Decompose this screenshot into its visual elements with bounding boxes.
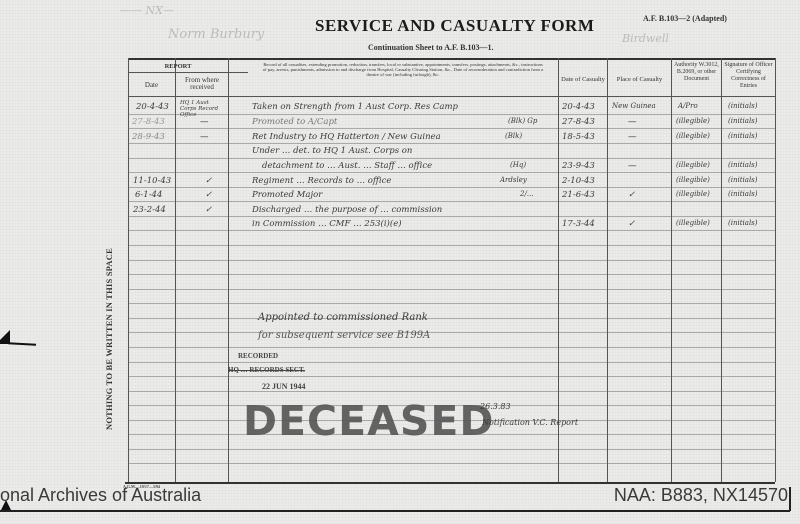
ruled-line bbox=[128, 274, 776, 275]
row-from: ✓ bbox=[205, 205, 212, 215]
header-authority: Authority W.3012, B.2069, or other Docum… bbox=[672, 62, 721, 83]
header-rule bbox=[128, 96, 776, 97]
ruled-line bbox=[128, 172, 776, 173]
row-place: — bbox=[628, 161, 637, 171]
header-signature: Signature of Officer Certifying Correctn… bbox=[722, 62, 775, 90]
archive-citation: NAA: B883, NX14570 bbox=[614, 485, 788, 506]
scanned-form-page: —— NX— Norm Burbury Birdwell SERVICE AND… bbox=[0, 0, 800, 524]
ruled-line bbox=[128, 463, 776, 464]
row-from: HQ 1 Aust Corps Record Office bbox=[180, 100, 226, 118]
form-code: A.F. B.103—2 (Adapted) bbox=[643, 14, 727, 23]
row-date-casualty: 20-4-43 bbox=[562, 102, 595, 112]
archive-name: onal Archives of Australia bbox=[0, 485, 201, 506]
row-place: — bbox=[628, 117, 637, 127]
row-signature: (initials) bbox=[728, 132, 758, 140]
row-authority: (illegible) bbox=[676, 176, 710, 184]
row-place: New Guinea bbox=[612, 102, 656, 110]
row-date-casualty: 23-9-43 bbox=[562, 161, 595, 171]
footer-edge bbox=[789, 487, 791, 511]
column-divider bbox=[721, 58, 722, 482]
row-date-casualty: 18-5-43 bbox=[562, 132, 595, 142]
report-header-rule bbox=[128, 72, 248, 73]
row-record: Discharged … the purpose of … commission bbox=[252, 205, 442, 215]
row-date-casualty: 2-10-43 bbox=[562, 176, 595, 186]
column-divider bbox=[671, 58, 672, 482]
row-from: — bbox=[200, 117, 209, 127]
row-from: ✓ bbox=[205, 190, 212, 200]
deceased-note: Notification V.C. Report bbox=[482, 418, 578, 427]
form-title: SERVICE AND CASUALTY FORM bbox=[315, 16, 594, 36]
row-record: Promoted to A/Capt bbox=[252, 117, 337, 127]
row-date: 11-10-43 bbox=[133, 176, 171, 186]
row-date: 27-8-43 bbox=[132, 117, 165, 127]
header-record: Record of all casualties, extending prom… bbox=[262, 62, 544, 78]
row-record: in Commission … CMF … 253(i)(e) bbox=[252, 219, 402, 229]
row-date: 23-2-44 bbox=[133, 205, 166, 215]
torn-edge bbox=[8, 342, 36, 345]
side-notice: NOTHING TO BE WRITTEN IN THIS SPACE bbox=[104, 248, 114, 430]
row-record: Ret Industry to HQ Hatterton / New Guine… bbox=[252, 132, 441, 142]
ruled-line bbox=[128, 187, 776, 188]
row-record: Regiment … Records to … office bbox=[252, 176, 391, 186]
ruled-line bbox=[128, 289, 776, 290]
deceased-stamp: DECEASED bbox=[243, 397, 494, 445]
row-authority: A/Pro bbox=[678, 102, 698, 110]
header-date-of-casualty: Date of Casualty bbox=[559, 76, 607, 83]
stamp-recorded: RECORDED bbox=[238, 352, 278, 360]
row-place: ✓ bbox=[628, 219, 635, 229]
ruled-line bbox=[128, 216, 776, 217]
column-divider bbox=[607, 58, 608, 482]
row-from: ✓ bbox=[205, 176, 212, 186]
note-appointed: Appointed to commissioned Rank bbox=[258, 312, 428, 323]
row-date: 20-4-43 bbox=[136, 102, 169, 112]
row-authority: (illegible) bbox=[676, 219, 710, 227]
handwritten-top-left: —— NX— bbox=[120, 4, 174, 17]
ruled-line bbox=[128, 303, 776, 304]
row-ref: (Blk) Gp bbox=[508, 117, 537, 125]
row-authority: (illegible) bbox=[676, 117, 710, 125]
ruled-line bbox=[128, 201, 776, 202]
row-date-casualty: 27-8-43 bbox=[562, 117, 595, 127]
row-record: Under … det. to HQ 1 Aust. Corps on bbox=[252, 146, 412, 156]
column-divider bbox=[228, 58, 229, 482]
row-date-casualty: 21-6-43 bbox=[562, 190, 595, 200]
row-record: Taken on Strength from 1 Aust Corp. Res … bbox=[252, 102, 458, 112]
row-signature: (initials) bbox=[728, 190, 758, 198]
header-place-of-casualty: Place of Casualty bbox=[608, 76, 671, 83]
footer-rule bbox=[0, 510, 790, 512]
ruled-line bbox=[128, 260, 776, 261]
ruled-line bbox=[128, 347, 776, 348]
ruled-line bbox=[128, 332, 776, 333]
ruled-line bbox=[128, 391, 776, 392]
row-signature: (initials) bbox=[728, 117, 758, 125]
row-authority: (illegible) bbox=[676, 132, 710, 140]
row-signature: (initials) bbox=[728, 102, 758, 110]
table-top-rule bbox=[128, 58, 776, 60]
row-authority: (illegible) bbox=[676, 161, 710, 169]
row-signature: (initials) bbox=[728, 176, 758, 184]
header-report: REPORT bbox=[128, 63, 228, 70]
row-place: ✓ bbox=[628, 190, 635, 200]
stamp-office: HQ … RECORDS SECT. bbox=[228, 366, 305, 374]
row-date: 6-1-44 bbox=[135, 190, 162, 200]
row-authority: (illegible) bbox=[676, 190, 710, 198]
row-ref: 2/… bbox=[520, 190, 534, 198]
ruled-line bbox=[128, 245, 776, 246]
ruled-line bbox=[128, 362, 776, 363]
ruled-line bbox=[128, 158, 776, 159]
row-ref: (Hq) bbox=[510, 161, 526, 169]
ruled-line bbox=[128, 128, 776, 129]
row-date-casualty: 17-3-44 bbox=[562, 219, 595, 229]
row-signature: (initials) bbox=[728, 219, 758, 227]
column-divider bbox=[128, 58, 129, 482]
ruled-line bbox=[128, 376, 776, 377]
row-signature: (initials) bbox=[728, 161, 758, 169]
header-date: Date bbox=[128, 82, 175, 89]
deceased-date: 26.3.83 bbox=[480, 402, 511, 411]
row-record: Promoted Major bbox=[252, 190, 322, 200]
handwritten-name: Norm Burbury bbox=[168, 27, 264, 42]
ruled-line bbox=[128, 449, 776, 450]
column-divider bbox=[775, 58, 776, 482]
handwritten-top-right: Birdwell bbox=[622, 32, 669, 45]
row-place: — bbox=[628, 132, 637, 142]
ruled-line bbox=[128, 318, 776, 319]
note-subsequent-service: for subsequent service see B199A bbox=[258, 330, 430, 341]
ruled-line bbox=[128, 143, 776, 144]
stamp-date: 22 JUN 1944 bbox=[262, 382, 306, 391]
header-from-where-received: From where received bbox=[176, 77, 228, 91]
row-ref: (Blk) bbox=[505, 132, 522, 140]
row-date: 28-9-43 bbox=[132, 132, 165, 142]
ruled-line bbox=[128, 230, 776, 231]
table-bottom-rule bbox=[125, 482, 775, 484]
row-record: detachment to … Aust. … Staff … office bbox=[262, 161, 432, 171]
row-from: — bbox=[200, 132, 209, 142]
column-divider bbox=[175, 58, 176, 482]
form-subtitle: Continuation Sheet to A.F. B.103—1. bbox=[368, 43, 494, 52]
row-ref: Ardsley bbox=[500, 176, 527, 184]
